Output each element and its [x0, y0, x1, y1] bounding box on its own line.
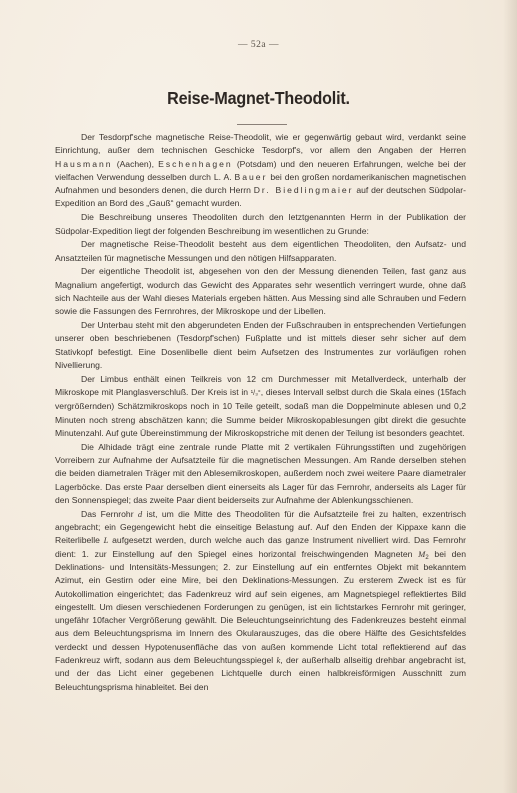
paragraph-2: Die Beschreibung unseres Theodoliten dur… — [55, 211, 466, 238]
paragraph-3: Der magnetische Reise-Theodolit besteht … — [55, 238, 466, 265]
person-name: Dr. Biedlingmaier — [254, 185, 354, 195]
paragraph-7: Die Alhidade trägt eine zentrale runde P… — [55, 441, 466, 507]
paragraph-4: Der eigentliche Theodolit ist, abgesehen… — [55, 265, 466, 318]
person-name: Eschenhagen — [158, 159, 233, 169]
fraction: ¹/₃° — [251, 390, 261, 397]
body-text: Der Tesdorpf'sche magnetische Reise-Theo… — [55, 131, 466, 694]
title-divider — [237, 124, 287, 125]
page-number: — 52a — — [0, 40, 517, 50]
person-name: Bauer — [235, 172, 268, 182]
page-title: Reise-Magnet-Theodolit. — [21, 88, 497, 109]
paragraph-6: Der Limbus enthält einen Teilkreis von 1… — [55, 373, 466, 440]
paragraph-1: Der Tesdorpf'sche magnetische Reise-Theo… — [55, 131, 466, 211]
paragraph-5: Der Unterbau steht mit den abgerundeten … — [55, 319, 466, 372]
page-edge-shadow — [503, 0, 517, 793]
document-page: — 52a — Reise-Magnet-Theodolit. Der Tesd… — [0, 0, 517, 793]
paragraph-8: Das Fernrohr d ist, um die Mitte des The… — [55, 508, 466, 694]
person-name: Hausmann — [55, 159, 113, 169]
